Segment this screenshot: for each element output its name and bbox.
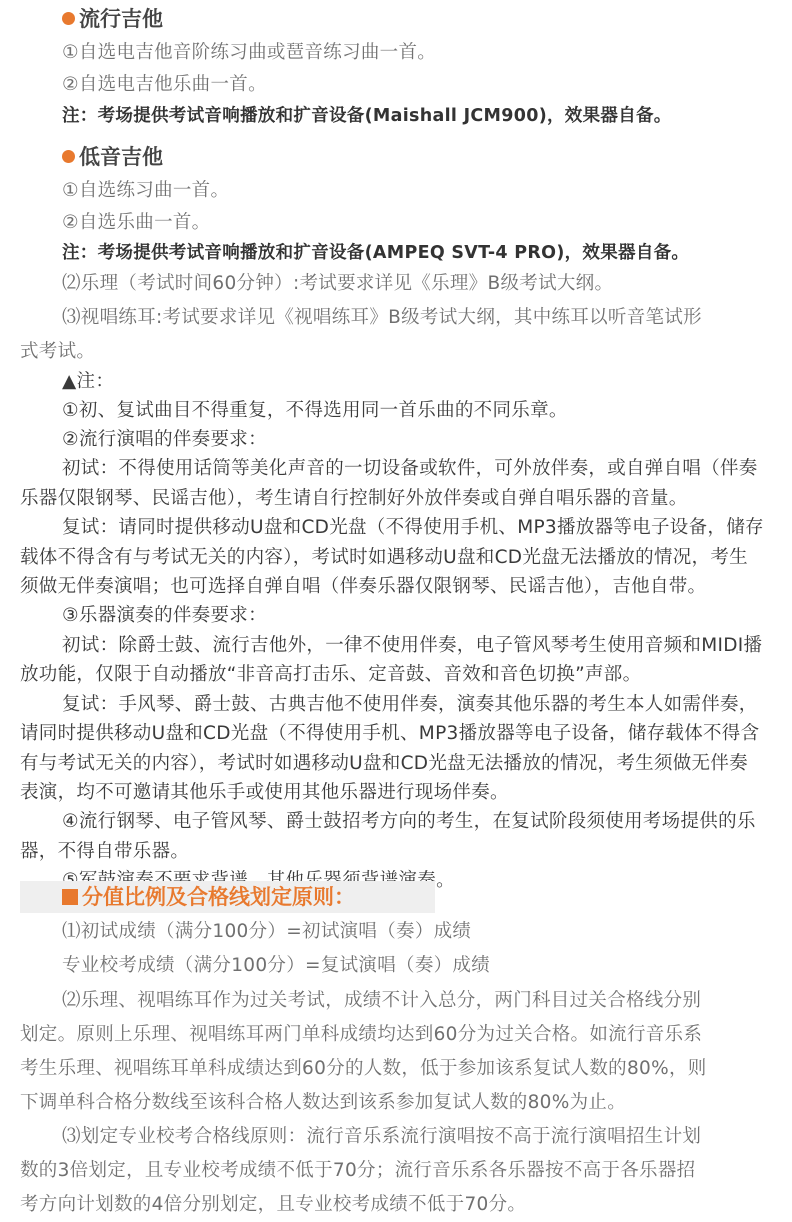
sight-singing-line-2: 式考试。 (20, 339, 95, 365)
note-1: ①初、复试曲目不得重复，不得选用同一首乐曲的不同乐章。 (62, 398, 568, 424)
note-3-title: ③乐器演奏的伴奏要求： (62, 603, 267, 629)
bass-guitar-item-1: ①自选练习曲一首。 (62, 178, 229, 204)
square-bullet-icon (62, 889, 78, 905)
note-3-second-line-2: 请同时提供移动U盘和CD光盘（不得使用手机、MP3播放器等电子设备，储存载体不得… (20, 721, 759, 747)
note-2-title: ②流行演唱的伴奏要求： (62, 427, 267, 453)
scoring-p2-line-4: 下调单科合格分数线至该科合格人数达到该系参加复试人数的80%为止。 (20, 1090, 626, 1116)
bass-guitar-title: 低音吉他 (79, 145, 163, 169)
scoring-p3-line-1: ⑶划定专业校考合格线原则：流行音乐系流行演唱按不高于流行演唱招生计划 (62, 1124, 701, 1150)
pop-guitar-note: 注：考场提供考试音响播放和扩音设备(Maishall JCM900)，效果器自备… (62, 103, 672, 129)
scoring-title-text: 分值比例及合格线划定原则： (82, 885, 355, 909)
note-2-second-line-3: 须做无伴奏演唱；也可选择自弹自唱（伴奏乐器仅限钢琴、民谣吉他），吉他自带。 (20, 574, 706, 600)
bass-guitar-heading: 低音吉他 (62, 143, 163, 171)
note-3-first-line-1: 初试：除爵士鼓、流行吉他外，一律不使用伴奏，电子管风琴考生使用音频和MIDI播 (62, 633, 762, 659)
theory-requirement: ⑵乐理（考试时间60分钟）:考试要求详见《乐理》B级考试大纲。 (62, 271, 613, 297)
sight-singing-line-1: ⑶视唱练耳:考试要求详见《视唱练耳》B级考试大纲，其中练耳以听音笔试形 (62, 305, 702, 331)
scoring-p2-line-2: 划定。原则上乐理、视唱练耳两门单科成绩均达到60分为过关合格。如流行音乐系 (20, 1022, 702, 1048)
note-3-first-line-2: 放功能，仅限于自动播放“非音高打击乐、定音鼓、音效和音色切换”声部。 (20, 662, 641, 688)
note-2-first-line-2: 乐器仅限钢琴、民谣吉他），考生请自行控制好外放伴奏或自弹自唱乐器的音量。 (20, 486, 688, 512)
scoring-p1a: ⑴初试成绩（满分100分）=初试演唱（奏）成绩 (62, 919, 471, 945)
pop-guitar-title: 流行吉他 (79, 7, 163, 31)
note-2-second-line-1: 复试：请同时提供移动U盘和CD光盘（不得使用手机、MP3播放器等电子设备，储存 (62, 515, 764, 541)
scoring-p1b: 专业校考成绩（满分100分）=复试演唱（奏）成绩 (62, 953, 490, 979)
note-2-first-line-1: 初试：不得使用话筒等美化声音的一切设备或软件，可外放伴奏，或自弹自唱（伴奏 (62, 456, 758, 482)
scoring-p2-line-3: 考生乐理、视唱练耳单科成绩达到60分的人数，低于参加该系复试人数的80%，则 (20, 1056, 707, 1082)
scoring-p3-line-2: 数的3倍划定，且专业校考成绩不低于70分；流行音乐系各乐器按不高于各乐器招 (20, 1158, 695, 1184)
notes-title: ▲注： (62, 369, 114, 395)
bass-guitar-item-2: ②自选乐曲一首。 (62, 210, 211, 236)
note-2-second-line-2: 载体不得含有与考试无关的内容），考试时如遇移动U盘和CD光盘无法播放的情况，考生 (20, 545, 748, 571)
note-3-second-line-4: 表演，均不可邀请其他乐手或使用其他乐器进行现场伴奏。 (20, 780, 509, 806)
bullet-dot-icon (62, 12, 75, 25)
note-3-second-line-3: 有与考试无关的内容），考试时如遇移动U盘和CD光盘无法播放的情况，考生须做无伴奏 (20, 751, 748, 777)
pop-guitar-item-1: ①自选电吉他音阶练习曲或琶音练习曲一首。 (62, 40, 436, 66)
bullet-dot-icon (62, 150, 75, 163)
scoring-section-title: 分值比例及合格线划定原则： (62, 882, 355, 912)
scoring-p3-line-3: 考方向计划数的4倍分别划定，且专业校考成绩不低于70分。 (20, 1192, 526, 1218)
pop-guitar-item-2: ②自选电吉他乐曲一首。 (62, 72, 267, 98)
note-4-line-2: 器，不得自带乐器。 (20, 839, 189, 865)
bass-guitar-note: 注：考场提供考试音响播放和扩音设备(AMPEQ SVT-4 PRO)，效果器自备… (62, 240, 689, 266)
note-3-second-line-1: 复试：手风琴、爵士鼓、古典吉他不使用伴奏，演奏其他乐器的考生本人如需伴奏， (62, 692, 758, 718)
note-4-line-1: ④流行钢琴、电子管风琴、爵士鼓招考方向的考生，在复试阶段须使用考场提供的乐 (62, 809, 756, 835)
scoring-p2-line-1: ⑵乐理、视唱练耳作为过关考试，成绩不计入总分，两门科目过关合格线分别 (62, 988, 701, 1014)
pop-guitar-heading: 流行吉他 (62, 5, 163, 33)
